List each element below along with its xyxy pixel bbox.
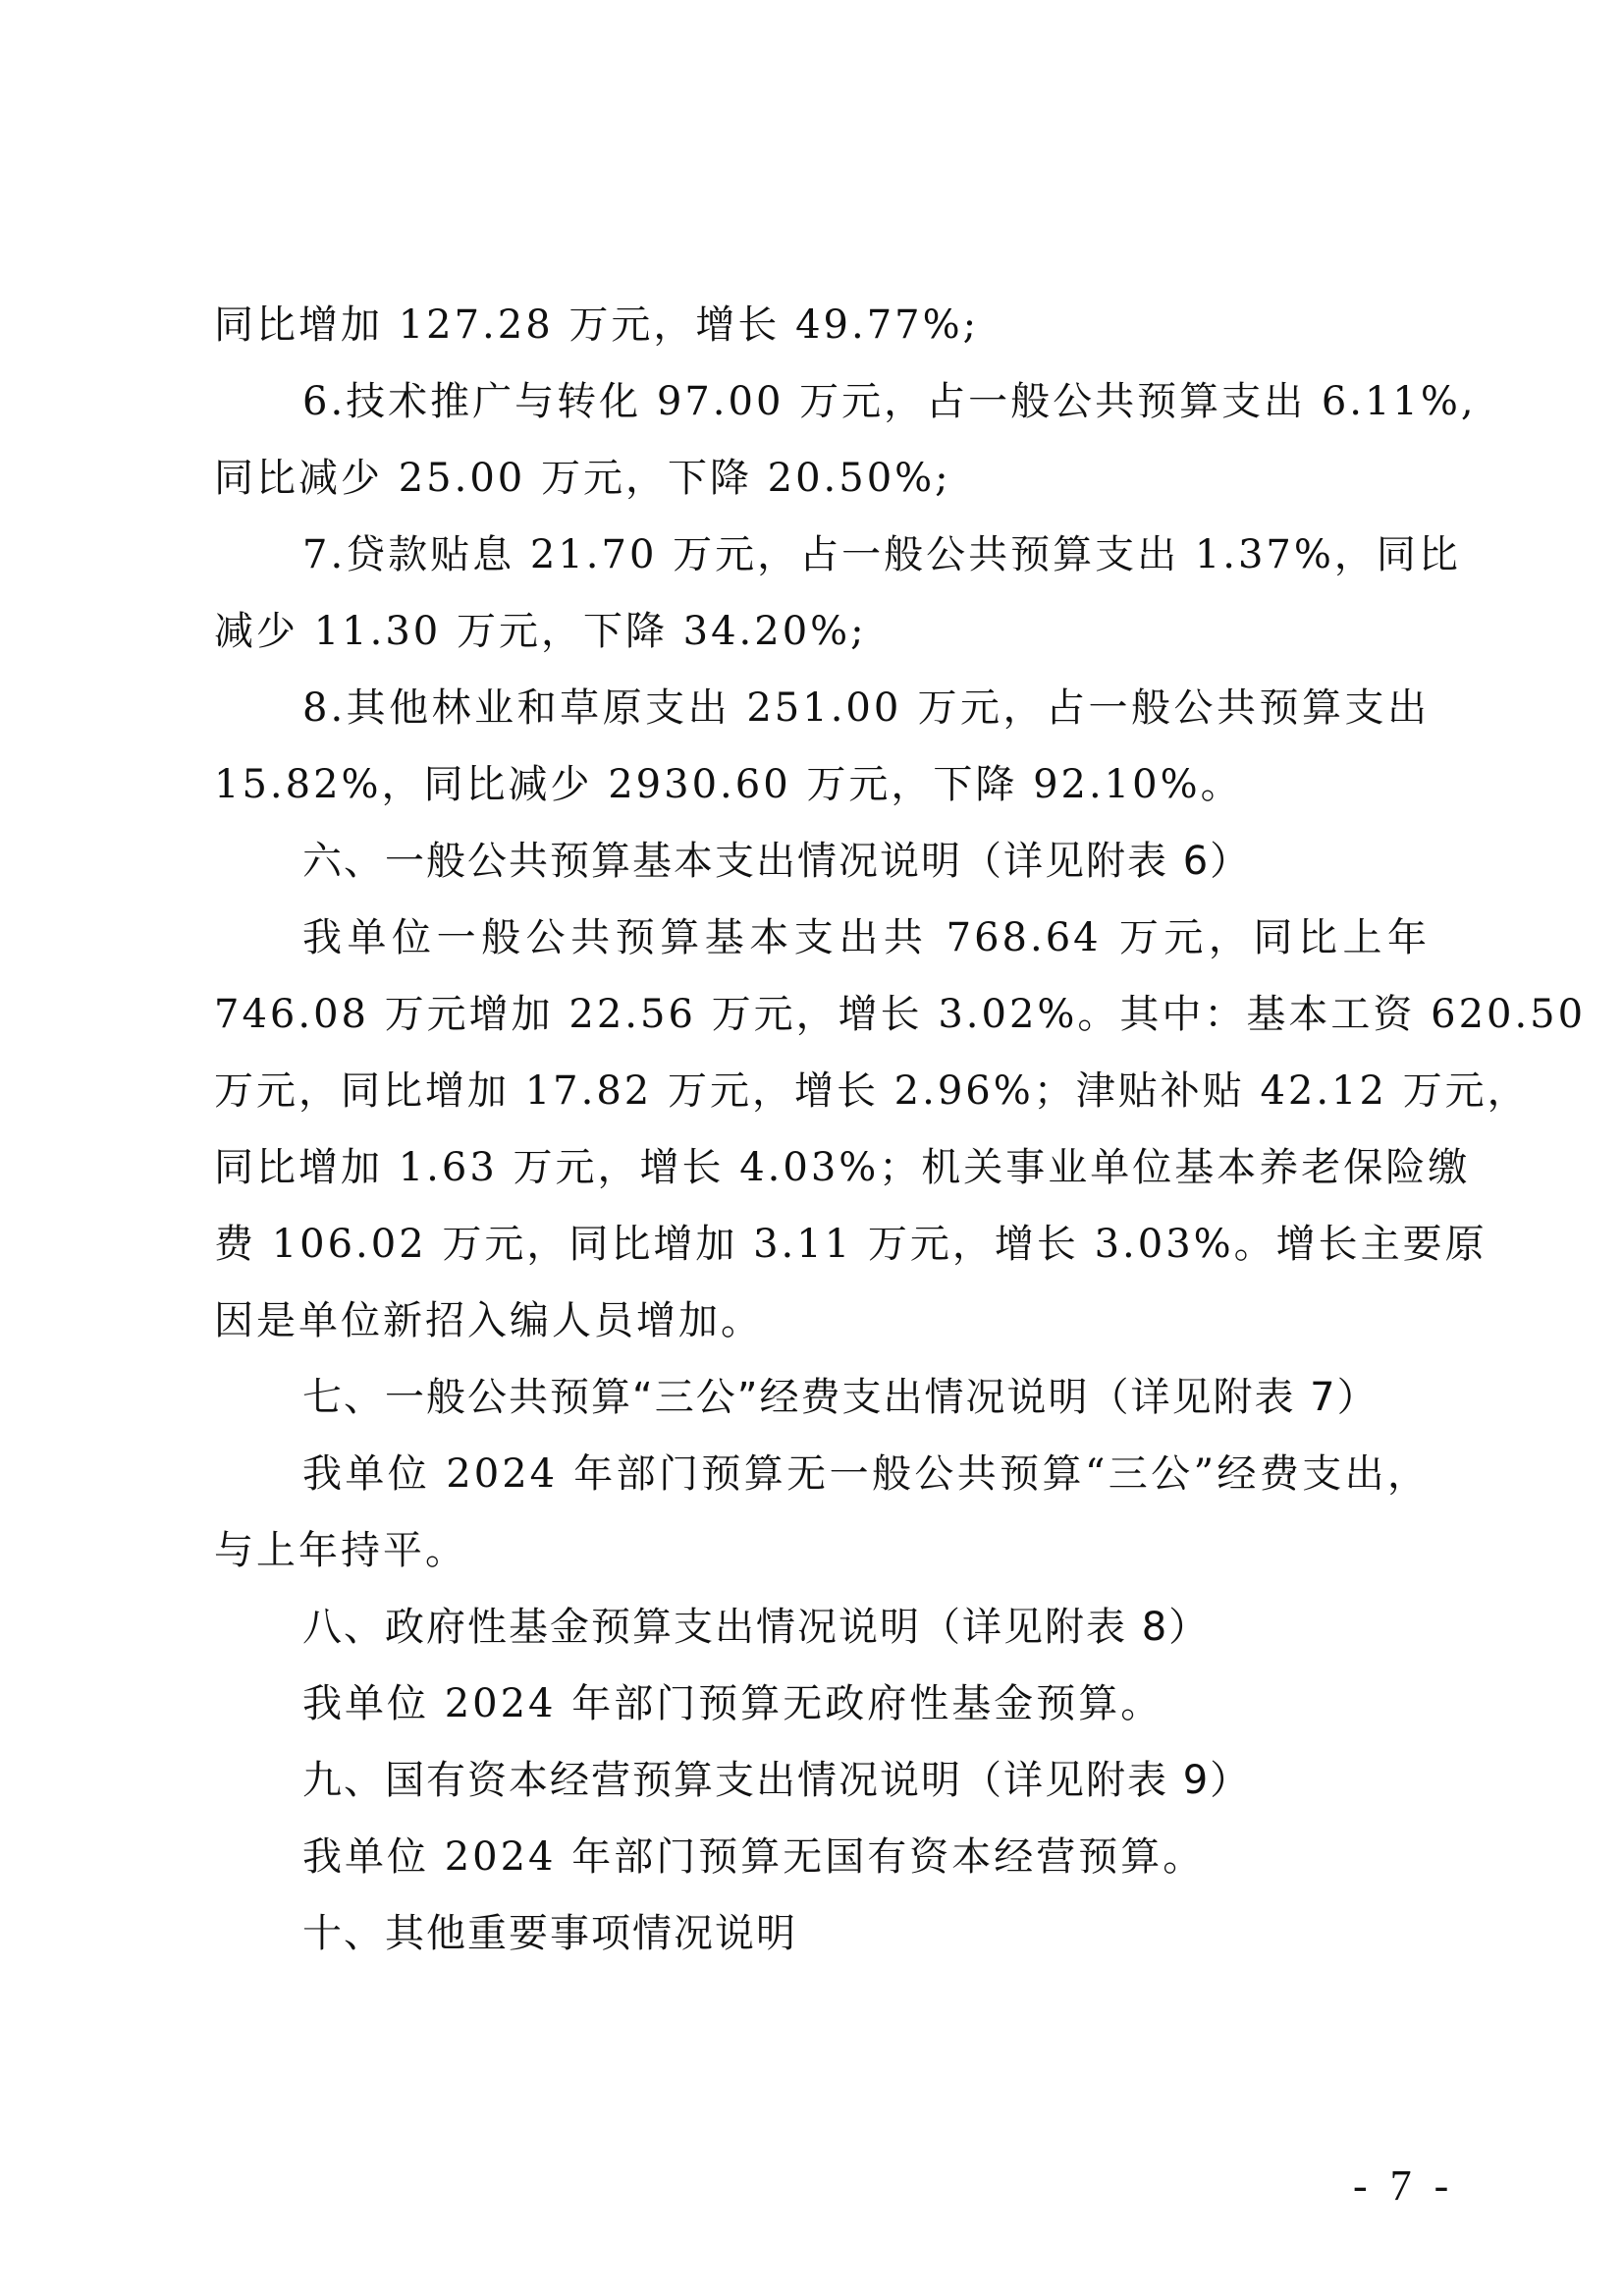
section-6-line-2: 746.08 万元增加 22.56 万元，增长 3.02%。其中：基本工资 62… bbox=[214, 976, 1430, 1053]
section-heading-6: 六、一般公共预算基本支出情况说明（详见附表 6） bbox=[214, 823, 1430, 900]
list-item-6-line-1: 6.技术推广与转化 97.00 万元，占一般公共预算支出 6.11%, bbox=[214, 363, 1430, 440]
section-7-line-1: 我单位 2024 年部门预算无一般公共预算“三公”经费支出， bbox=[214, 1436, 1430, 1512]
section-heading-7: 七、一般公共预算“三公”经费支出情况说明（详见附表 7） bbox=[214, 1359, 1430, 1436]
document-body: 同比增加 127.28 万元，增长 49.77%; 6.技术推广与转化 97.0… bbox=[214, 287, 1430, 1972]
list-item-6-line-2: 同比减少 25.00 万元，下降 20.50%; bbox=[214, 440, 1430, 517]
section-9-line-1: 我单位 2024 年部门预算无国有资本经营预算。 bbox=[214, 1819, 1430, 1895]
section-6-line-6: 因是单位新招入编人员增加。 bbox=[214, 1283, 1430, 1359]
section-6-line-5: 费 106.02 万元，同比增加 3.11 万元，增长 3.03%。增长主要原 bbox=[214, 1206, 1430, 1283]
list-item-8-line-1: 8.其他林业和草原支出 251.00 万元，占一般公共预算支出 bbox=[214, 670, 1430, 746]
list-item-8-line-2: 15.82%，同比减少 2930.60 万元，下降 92.10%。 bbox=[214, 746, 1430, 823]
section-heading-8: 八、政府性基金预算支出情况说明（详见附表 8） bbox=[214, 1589, 1430, 1666]
body-line: 同比增加 127.28 万元，增长 49.77%; bbox=[214, 287, 1430, 363]
page-number: - 7 - bbox=[1353, 2160, 1454, 2211]
section-6-line-4: 同比增加 1.63 万元，增长 4.03%；机关事业单位基本养老保险缴 bbox=[214, 1129, 1430, 1206]
section-7-line-2: 与上年持平。 bbox=[214, 1512, 1430, 1589]
section-heading-9: 九、国有资本经营预算支出情况说明（详见附表 9） bbox=[214, 1742, 1430, 1819]
document-page: 同比增加 127.28 万元，增长 49.77%; 6.技术推广与转化 97.0… bbox=[0, 0, 1623, 2296]
section-6-line-1: 我单位一般公共预算基本支出共 768.64 万元，同比上年 bbox=[214, 900, 1430, 976]
section-8-line-1: 我单位 2024 年部门预算无政府性基金预算。 bbox=[214, 1666, 1430, 1742]
list-item-7-line-2: 减少 11.30 万元，下降 34.20%; bbox=[214, 593, 1430, 670]
list-item-7-line-1: 7.贷款贴息 21.70 万元，占一般公共预算支出 1.37%，同比 bbox=[214, 517, 1430, 593]
section-heading-10: 十、其他重要事项情况说明 bbox=[214, 1895, 1430, 1972]
section-6-line-3: 万元，同比增加 17.82 万元，增长 2.96%；津贴补贴 42.12 万元， bbox=[214, 1053, 1430, 1129]
